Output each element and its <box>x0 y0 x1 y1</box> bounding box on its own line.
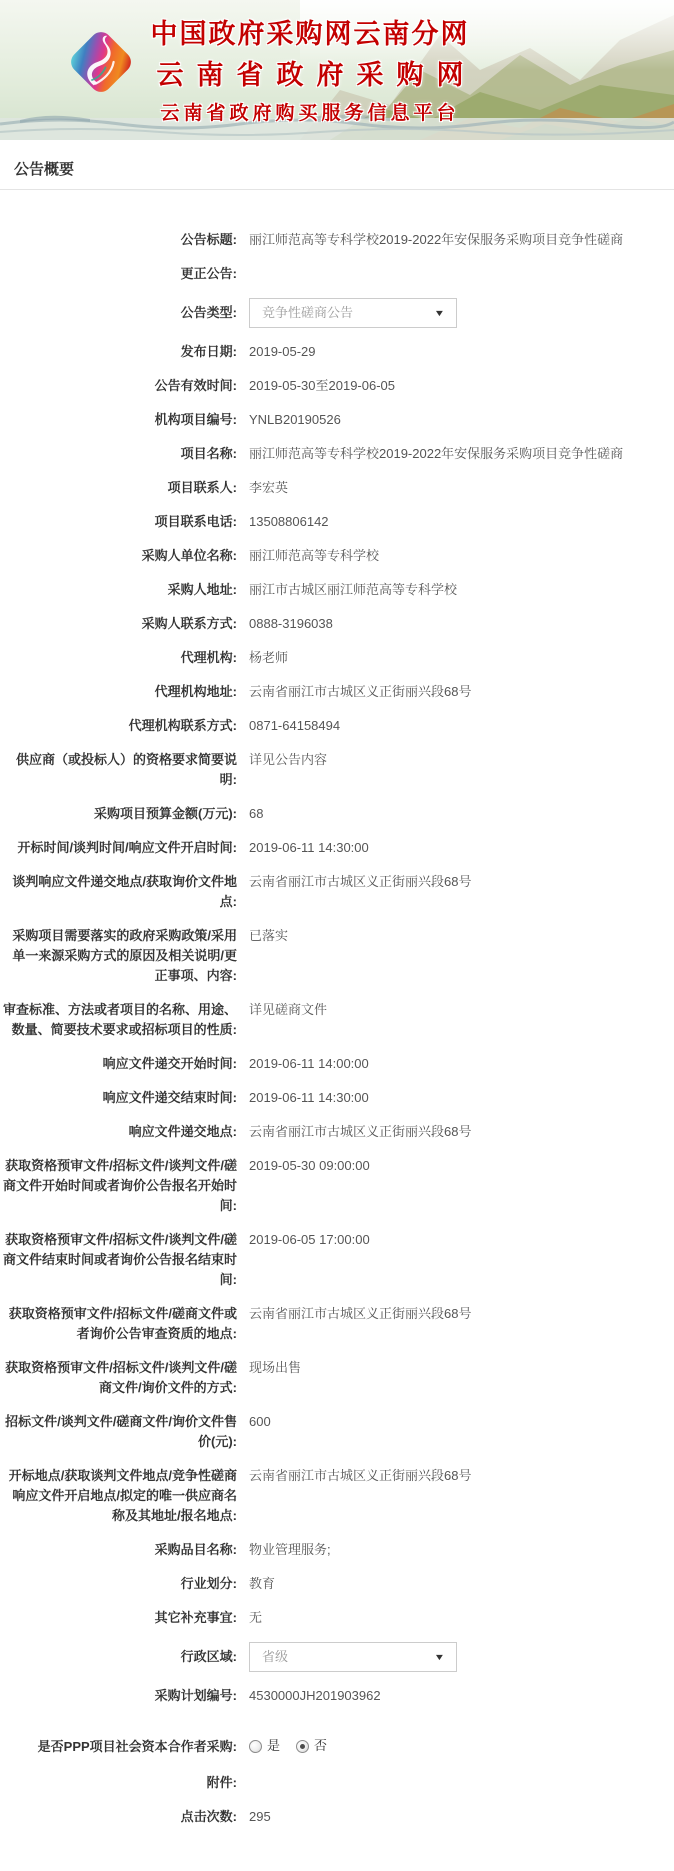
field-value: 李宏英 <box>237 478 674 498</box>
field-value <box>237 264 674 284</box>
form-row: 获取资格预审文件/招标文件/谈判文件/磋商文件结束时间或者询价公告报名结束时间:… <box>0 1230 674 1290</box>
field-value: 详见公告内容 <box>237 750 674 770</box>
field-label: 机构项目编号: <box>0 410 237 430</box>
field-value: 已落实 <box>237 926 674 946</box>
form-row: 采购人单位名称:丽江师范高等专科学校 <box>0 546 674 566</box>
form-row: 响应文件递交地点:云南省丽江市古城区义正街丽兴段68号 <box>0 1122 674 1142</box>
field-value: 2019-06-11 14:00:00 <box>237 1054 674 1074</box>
form-row: 采购品目名称:物业管理服务; <box>0 1540 674 1560</box>
field-value <box>237 1773 674 1793</box>
chevron-down-icon: ▼ <box>434 1647 446 1667</box>
form-row: 代理机构联系方式:0871-64158494 <box>0 716 674 736</box>
field-label: 行业划分: <box>0 1574 237 1594</box>
field-label: 审查标准、方法或者项目的名称、用途、数量、简要技术要求或招标项目的性质: <box>0 1000 237 1040</box>
banner-title-line3: 云南省政府购买服务信息平台 <box>140 98 480 125</box>
field-value: 2019-05-30 09:00:00 <box>237 1156 674 1176</box>
field-value: 省级▼ <box>237 1642 674 1672</box>
form-row: 行业划分:教育 <box>0 1574 674 1594</box>
field-label: 发布日期: <box>0 342 237 362</box>
field-label: 采购项目需要落实的政府采购政策/采用单一来源采购方式的原因及相关说明/更正事项、… <box>0 926 237 986</box>
form-row: 发布日期:2019-05-29 <box>0 342 674 362</box>
field-value: 2019-06-05 17:00:00 <box>237 1230 674 1250</box>
field-value: 68 <box>237 804 674 824</box>
form-row: 项目联系电话:13508806142 <box>0 512 674 532</box>
form-row: 代理机构地址:云南省丽江市古城区义正街丽兴段68号 <box>0 682 674 702</box>
field-value: 物业管理服务; <box>237 1540 674 1560</box>
section-title: 公告概要 <box>0 140 674 189</box>
field-value: 2019-05-30至2019-06-05 <box>237 376 674 396</box>
radio-label: 是 <box>267 1736 280 1756</box>
select-value: 省级 <box>262 1647 288 1667</box>
form-row: 谈判响应文件递交地点/获取询价文件地点:云南省丽江市古城区义正街丽兴段68号 <box>0 872 674 912</box>
field-label: 响应文件递交结束时间: <box>0 1088 237 1108</box>
form-row: 开标地点/获取谈判文件地点/竞争性磋商响应文件开启地点/拟定的唯一供应商名称及其… <box>0 1466 674 1526</box>
field-value: 4530000JH201903962 <box>237 1686 674 1706</box>
field-label: 项目名称: <box>0 444 237 464</box>
field-label: 点击次数: <box>0 1807 237 1827</box>
field-value: 云南省丽江市古城区义正街丽兴段68号 <box>237 1466 674 1486</box>
field-value: 2019-06-11 14:30:00 <box>237 1088 674 1108</box>
field-value: 295 <box>237 1807 674 1827</box>
ppp-radio-option[interactable]: 否 <box>296 1736 327 1756</box>
form-row: 公告标题:丽江师范高等专科学校2019-2022年安保服务采购项目竞争性磋商 <box>0 230 674 250</box>
form-row: 获取资格预审文件/招标文件/谈判文件/磋商文件/询价文件的方式:现场出售 <box>0 1358 674 1398</box>
form-row: 开标时间/谈判时间/响应文件开启时间:2019-06-11 14:30:00 <box>0 838 674 858</box>
form-row: 招标文件/谈判文件/磋商文件/询价文件售价(元):600 <box>0 1412 674 1452</box>
field-value: 现场出售 <box>237 1358 674 1378</box>
form-row: 采购人联系方式:0888-3196038 <box>0 614 674 634</box>
form-row: 供应商（或投标人）的资格要求简要说明:详见公告内容 <box>0 750 674 790</box>
field-value: 0888-3196038 <box>237 614 674 634</box>
field-label: 代理机构: <box>0 648 237 668</box>
field-value: 杨老师 <box>237 648 674 668</box>
field-value: 0871-64158494 <box>237 716 674 736</box>
field-label: 公告标题: <box>0 230 237 250</box>
field-label: 谈判响应文件递交地点/获取询价文件地点: <box>0 872 237 912</box>
field-label: 采购人单位名称: <box>0 546 237 566</box>
field-value: 竞争性磋商公告▼ <box>237 298 674 328</box>
field-label: 采购人联系方式: <box>0 614 237 634</box>
form-row: 响应文件递交结束时间:2019-06-11 14:30:00 <box>0 1088 674 1108</box>
form-row: 行政区域:省级▼ <box>0 1642 674 1672</box>
field-label: 采购计划编号: <box>0 1686 237 1706</box>
field-value: 2019-05-29 <box>237 342 674 362</box>
form-row: 是否PPP项目社会资本合作者采购:是否 <box>0 1736 674 1759</box>
phoenix-diamond-logo-icon <box>56 16 146 108</box>
field-label: 获取资格预审文件/招标文件/谈判文件/磋商文件结束时间或者询价公告报名结束时间: <box>0 1230 237 1290</box>
form-row: 获取资格预审文件/招标文件/磋商文件或者询价公告审查资质的地点:云南省丽江市古城… <box>0 1304 674 1344</box>
site-banner: 中国政府采购网云南分网 云南省政府采购网 云南省政府购买服务信息平台 <box>0 0 674 140</box>
field-label: 代理机构地址: <box>0 682 237 702</box>
field-label: 获取资格预审文件/招标文件/磋商文件或者询价公告审查资质的地点: <box>0 1304 237 1344</box>
banner-title-line2: 云南省政府采购网 <box>140 53 480 92</box>
field-label: 其它补充事宜: <box>0 1608 237 1628</box>
field-value: 云南省丽江市古城区义正街丽兴段68号 <box>237 872 674 892</box>
form-row: 其它补充事宜:无 <box>0 1608 674 1628</box>
field-value: 教育 <box>237 1574 674 1594</box>
field-value: 是否 <box>237 1736 674 1759</box>
radio-label: 否 <box>314 1736 327 1756</box>
form-row: 采购人地址:丽江市古城区丽江师范高等专科学校 <box>0 580 674 600</box>
field-value: 无 <box>237 1608 674 1628</box>
field-value: 13508806142 <box>237 512 674 532</box>
field-label: 代理机构联系方式: <box>0 716 237 736</box>
field-value: 云南省丽江市古城区义正街丽兴段68号 <box>237 1122 674 1142</box>
form-row: 获取资格预审文件/招标文件/谈判文件/磋商文件开始时间或者询价公告报名开始时间:… <box>0 1156 674 1216</box>
field-value: 2019-06-11 14:30:00 <box>237 838 674 858</box>
field-label: 采购项目预算金额(万元): <box>0 804 237 824</box>
field-label: 公告类型: <box>0 303 237 323</box>
form-row: 审查标准、方法或者项目的名称、用途、数量、简要技术要求或招标项目的性质:详见磋商… <box>0 1000 674 1040</box>
chevron-down-icon: ▼ <box>434 303 446 323</box>
field-label: 招标文件/谈判文件/磋商文件/询价文件售价(元): <box>0 1412 237 1452</box>
banner-title-line1: 中国政府采购网云南分网 <box>140 12 480 51</box>
field-label: 行政区域: <box>0 1647 237 1667</box>
form-row: 更正公告: <box>0 264 674 284</box>
ppp-radio-option[interactable]: 是 <box>249 1736 280 1756</box>
field-value: 600 <box>237 1412 674 1432</box>
field-value: 丽江师范高等专科学校 <box>237 546 674 566</box>
form-row: 项目名称:丽江师范高等专科学校2019-2022年安保服务采购项目竞争性磋商 <box>0 444 674 464</box>
field-label: 开标时间/谈判时间/响应文件开启时间: <box>0 838 237 858</box>
admin-region-select[interactable]: 省级▼ <box>249 1642 457 1672</box>
field-label: 开标地点/获取谈判文件地点/竞争性磋商响应文件开启地点/拟定的唯一供应商名称及其… <box>0 1466 237 1526</box>
field-label: 获取资格预审文件/招标文件/谈判文件/磋商文件/询价文件的方式: <box>0 1358 237 1398</box>
form-row: 采购项目预算金额(万元):68 <box>0 804 674 824</box>
field-label: 项目联系人: <box>0 478 237 498</box>
radio-checked-icon[interactable] <box>296 1740 309 1753</box>
field-value: 云南省丽江市古城区义正街丽兴段68号 <box>237 682 674 702</box>
form-row: 采购项目需要落实的政府采购政策/采用单一来源采购方式的原因及相关说明/更正事项、… <box>0 926 674 986</box>
field-label: 响应文件递交开始时间: <box>0 1054 237 1074</box>
form-row: 代理机构:杨老师 <box>0 648 674 668</box>
field-label: 更正公告: <box>0 264 237 284</box>
form-row: 附件: <box>0 1773 674 1793</box>
field-value: YNLB20190526 <box>237 410 674 430</box>
field-label: 公告有效时间: <box>0 376 237 396</box>
field-label: 项目联系电话: <box>0 512 237 532</box>
radio-unchecked-icon[interactable] <box>249 1740 262 1753</box>
banner-titles: 中国政府采购网云南分网 云南省政府采购网 云南省政府购买服务信息平台 <box>140 12 480 125</box>
field-value: 丽江师范高等专科学校2019-2022年安保服务采购项目竞争性磋商 <box>237 444 674 464</box>
field-label: 获取资格预审文件/招标文件/谈判文件/磋商文件开始时间或者询价公告报名开始时间: <box>0 1156 237 1216</box>
field-label: 供应商（或投标人）的资格要求简要说明: <box>0 750 237 790</box>
field-value: 详见磋商文件 <box>237 1000 674 1020</box>
field-value: 丽江市古城区丽江师范高等专科学校 <box>237 580 674 600</box>
summary-form: 公告标题:丽江师范高等专科学校2019-2022年安保服务采购项目竞争性磋商更正… <box>0 190 674 1871</box>
field-label: 附件: <box>0 1773 237 1793</box>
field-label: 是否PPP项目社会资本合作者采购: <box>0 1737 237 1757</box>
form-row: 采购计划编号:4530000JH201903962 <box>0 1686 674 1706</box>
form-row: 机构项目编号:YNLB20190526 <box>0 410 674 430</box>
field-label: 采购人地址: <box>0 580 237 600</box>
form-row: 项目联系人:李宏英 <box>0 478 674 498</box>
form-row: 公告类型:竞争性磋商公告▼ <box>0 298 674 328</box>
field-label: 采购品目名称: <box>0 1540 237 1560</box>
field-value: 丽江师范高等专科学校2019-2022年安保服务采购项目竞争性磋商 <box>237 230 674 250</box>
announcement-type-select[interactable]: 竞争性磋商公告▼ <box>249 298 457 328</box>
field-label: 响应文件递交地点: <box>0 1122 237 1142</box>
form-row: 响应文件递交开始时间:2019-06-11 14:00:00 <box>0 1054 674 1074</box>
form-row: 公告有效时间:2019-05-30至2019-06-05 <box>0 376 674 396</box>
field-value: 云南省丽江市古城区义正街丽兴段68号 <box>237 1304 674 1324</box>
select-value: 竞争性磋商公告 <box>262 303 353 323</box>
